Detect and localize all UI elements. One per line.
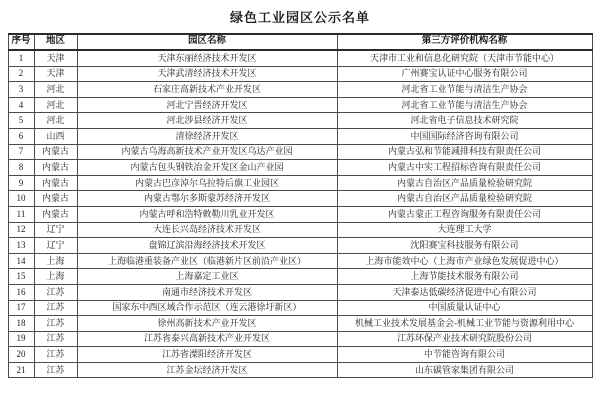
cell-region: 内蒙古 xyxy=(34,144,77,160)
cell-region: 内蒙古 xyxy=(34,206,77,222)
cell-agency-name: 内蒙古蒙正工程咨询服务有限责任公司 xyxy=(337,206,592,222)
cell-park-name: 内蒙古鄂尔多斯蒙苏经济开发区 xyxy=(77,191,337,207)
cell-region: 内蒙古 xyxy=(34,191,77,207)
cell-index: 5 xyxy=(8,113,34,129)
cell-index: 7 xyxy=(8,144,34,160)
cell-park-name: 江苏金坛经济开发区 xyxy=(77,362,337,378)
column-header-agency: 第三方评价机构名称 xyxy=(337,34,592,50)
table-row: 3 河北 石家庄高新技术产业开发区 河北省工业节能与清洁生产协会 xyxy=(8,82,592,98)
cell-park-name: 清徐经济开发区 xyxy=(77,128,337,144)
cell-agency-name: 内蒙古自治区产品质量检验研究院 xyxy=(337,175,592,191)
cell-region: 江苏 xyxy=(34,331,77,347)
cell-agency-name: 上海节能技术服务有限公司 xyxy=(337,269,592,285)
cell-region: 河北 xyxy=(34,82,77,98)
cell-region: 内蒙古 xyxy=(34,160,77,176)
table-row: 13 辽宁 盘锦辽滨沿海经济技术开发区 沈阳赛宝科技服务有限公司 xyxy=(8,238,592,254)
table-row: 6 山西 清徐经济开发区 中国国际经济咨询有限公司 xyxy=(8,128,592,144)
cell-park-name: 上海嘉定工业区 xyxy=(77,269,337,285)
cell-index: 20 xyxy=(8,347,34,363)
cell-agency-name: 天津泰达低碳经济促进中心有限公司 xyxy=(337,284,592,300)
cell-index: 15 xyxy=(8,269,34,285)
cell-region: 天津 xyxy=(34,50,77,66)
cell-index: 9 xyxy=(8,175,34,191)
cell-agency-name: 广州赛宝认证中心服务有限公司 xyxy=(337,66,592,82)
cell-agency-name: 河北省工业节能与清洁生产协会 xyxy=(337,82,592,98)
table-row: 14 上海 上海临港重装备产业区（临港新片区前沿产业区） 上海市能效中心（上海市… xyxy=(8,253,592,269)
cell-park-name: 江苏省溧阳经济开发区 xyxy=(77,347,337,363)
table-row: 18 江苏 徐州高新技术产业开发区 机械工业技术发展基金会-机械工业节能与资源利… xyxy=(8,316,592,332)
column-header-park: 园区名称 xyxy=(77,34,337,50)
cell-agency-name: 中节能咨询有限公司 xyxy=(337,347,592,363)
cell-park-name: 天津武清经济技术开发区 xyxy=(77,66,337,82)
cell-index: 4 xyxy=(8,97,34,113)
cell-index: 13 xyxy=(8,238,34,254)
cell-index: 11 xyxy=(8,206,34,222)
table-row: 11 内蒙古 内蒙古呼和浩特敕勒川乳业开发区 内蒙古蒙正工程咨询服务有限责任公司 xyxy=(8,206,592,222)
table-row: 2 天津 天津武清经济技术开发区 广州赛宝认证中心服务有限公司 xyxy=(8,66,592,82)
cell-park-name: 河北涉县经济开发区 xyxy=(77,113,337,129)
table-row: 8 内蒙古 内蒙古包头钢铁冶金开发区金山产业园 内蒙古中实工程招标咨询有限责任公… xyxy=(8,160,592,176)
cell-index: 10 xyxy=(8,191,34,207)
column-header-index: 序号 xyxy=(8,34,34,50)
green-parks-table: 序号 地区 园区名称 第三方评价机构名称 1 天津 天津东丽经济技术开发区 天津… xyxy=(8,33,593,378)
cell-index: 19 xyxy=(8,331,34,347)
header-row: 序号 地区 园区名称 第三方评价机构名称 xyxy=(8,34,592,50)
cell-region: 辽宁 xyxy=(34,222,77,238)
cell-index: 21 xyxy=(8,362,34,378)
cell-region: 江苏 xyxy=(34,300,77,316)
table-row: 15 上海 上海嘉定工业区 上海节能技术服务有限公司 xyxy=(8,269,592,285)
cell-region: 辽宁 xyxy=(34,238,77,254)
cell-agency-name: 机械工业技术发展基金会-机械工业节能与资源利用中心 xyxy=(337,316,592,332)
table-row: 9 内蒙古 内蒙古巴彦淖尔乌拉特后旗工业园区 内蒙古自治区产品质量检验研究院 xyxy=(8,175,592,191)
cell-park-name: 内蒙古呼和浩特敕勒川乳业开发区 xyxy=(77,206,337,222)
cell-agency-name: 内蒙古弘和节能减排科技有限责任公司 xyxy=(337,144,592,160)
cell-agency-name: 河北省电子信息技术研究院 xyxy=(337,113,592,129)
table-row: 20 江苏 江苏省溧阳经济开发区 中节能咨询有限公司 xyxy=(8,347,592,363)
cell-region: 江苏 xyxy=(34,284,77,300)
cell-index: 17 xyxy=(8,300,34,316)
table-row: 19 江苏 江苏省泰兴高新技术产业开发区 江苏环保产业技术研究院股份公司 xyxy=(8,331,592,347)
table-row: 12 辽宁 大连长兴岛经济技术开发区 大连理工大学 xyxy=(8,222,592,238)
cell-agency-name: 沈阳赛宝科技服务有限公司 xyxy=(337,238,592,254)
cell-park-name: 国家东中西区域合作示范区（连云港徐圩新区） xyxy=(77,300,337,316)
cell-region: 江苏 xyxy=(34,316,77,332)
cell-park-name: 石家庄高新技术产业开发区 xyxy=(77,82,337,98)
cell-index: 18 xyxy=(8,316,34,332)
table-body: 1 天津 天津东丽经济技术开发区 天津市工业和信息化研究院（天津市节能中心） 2… xyxy=(8,50,592,378)
table-row: 7 内蒙古 内蒙古乌海高新技术产业开发区乌达产业园 内蒙古弘和节能减排科技有限责… xyxy=(8,144,592,160)
cell-region: 上海 xyxy=(34,253,77,269)
cell-agency-name: 中国国际经济咨询有限公司 xyxy=(337,128,592,144)
cell-index: 6 xyxy=(8,128,34,144)
cell-agency-name: 大连理工大学 xyxy=(337,222,592,238)
cell-index: 12 xyxy=(8,222,34,238)
cell-region: 山西 xyxy=(34,128,77,144)
table-row: 5 河北 河北涉县经济开发区 河北省电子信息技术研究院 xyxy=(8,113,592,129)
cell-park-name: 南通市经济技术开发区 xyxy=(77,284,337,300)
cell-region: 江苏 xyxy=(34,347,77,363)
cell-agency-name: 上海市能效中心（上海市产业绿色发展促进中心） xyxy=(337,253,592,269)
page-title: 绿色工业园区公示名单 xyxy=(0,0,600,26)
cell-agency-name: 山东碳管家集团有限公司 xyxy=(337,362,592,378)
cell-region: 江苏 xyxy=(34,362,77,378)
cell-agency-name: 天津市工业和信息化研究院（天津市节能中心） xyxy=(337,50,592,66)
document-page: 绿色工业园区公示名单 序号 地区 园区名称 第三方评价机构名称 1 天津 天津东… xyxy=(0,0,600,400)
cell-park-name: 徐州高新技术产业开发区 xyxy=(77,316,337,332)
cell-region: 上海 xyxy=(34,269,77,285)
cell-index: 8 xyxy=(8,160,34,176)
cell-park-name: 天津东丽经济技术开发区 xyxy=(77,50,337,66)
cell-index: 16 xyxy=(8,284,34,300)
cell-index: 1 xyxy=(8,50,34,66)
table-row: 1 天津 天津东丽经济技术开发区 天津市工业和信息化研究院（天津市节能中心） xyxy=(8,50,592,66)
cell-agency-name: 河北省工业节能与清洁生产协会 xyxy=(337,97,592,113)
cell-park-name: 内蒙古包头钢铁冶金开发区金山产业园 xyxy=(77,160,337,176)
table-row: 21 江苏 江苏金坛经济开发区 山东碳管家集团有限公司 xyxy=(8,362,592,378)
cell-park-name: 上海临港重装备产业区（临港新片区前沿产业区） xyxy=(77,253,337,269)
cell-region: 河北 xyxy=(34,113,77,129)
cell-park-name: 内蒙古巴彦淖尔乌拉特后旗工业园区 xyxy=(77,175,337,191)
cell-park-name: 江苏省泰兴高新技术产业开发区 xyxy=(77,331,337,347)
cell-agency-name: 中国质量认证中心 xyxy=(337,300,592,316)
cell-agency-name: 内蒙古自治区产品质量检验研究院 xyxy=(337,191,592,207)
table-row: 4 河北 河北宁晋经济开发区 河北省工业节能与清洁生产协会 xyxy=(8,97,592,113)
table-row: 17 江苏 国家东中西区域合作示范区（连云港徐圩新区） 中国质量认证中心 xyxy=(8,300,592,316)
cell-region: 内蒙古 xyxy=(34,175,77,191)
cell-park-name: 河北宁晋经济开发区 xyxy=(77,97,337,113)
table-row: 10 内蒙古 内蒙古鄂尔多斯蒙苏经济开发区 内蒙古自治区产品质量检验研究院 xyxy=(8,191,592,207)
cell-region: 河北 xyxy=(34,97,77,113)
cell-agency-name: 内蒙古中实工程招标咨询有限责任公司 xyxy=(337,160,592,176)
cell-agency-name: 江苏环保产业技术研究院股份公司 xyxy=(337,331,592,347)
cell-index: 14 xyxy=(8,253,34,269)
table-row: 16 江苏 南通市经济技术开发区 天津泰达低碳经济促进中心有限公司 xyxy=(8,284,592,300)
column-header-region: 地区 xyxy=(34,34,77,50)
cell-park-name: 内蒙古乌海高新技术产业开发区乌达产业园 xyxy=(77,144,337,160)
cell-region: 天津 xyxy=(34,66,77,82)
cell-park-name: 盘锦辽滨沿海经济技术开发区 xyxy=(77,238,337,254)
cell-index: 3 xyxy=(8,82,34,98)
cell-index: 2 xyxy=(8,66,34,82)
cell-park-name: 大连长兴岛经济技术开发区 xyxy=(77,222,337,238)
